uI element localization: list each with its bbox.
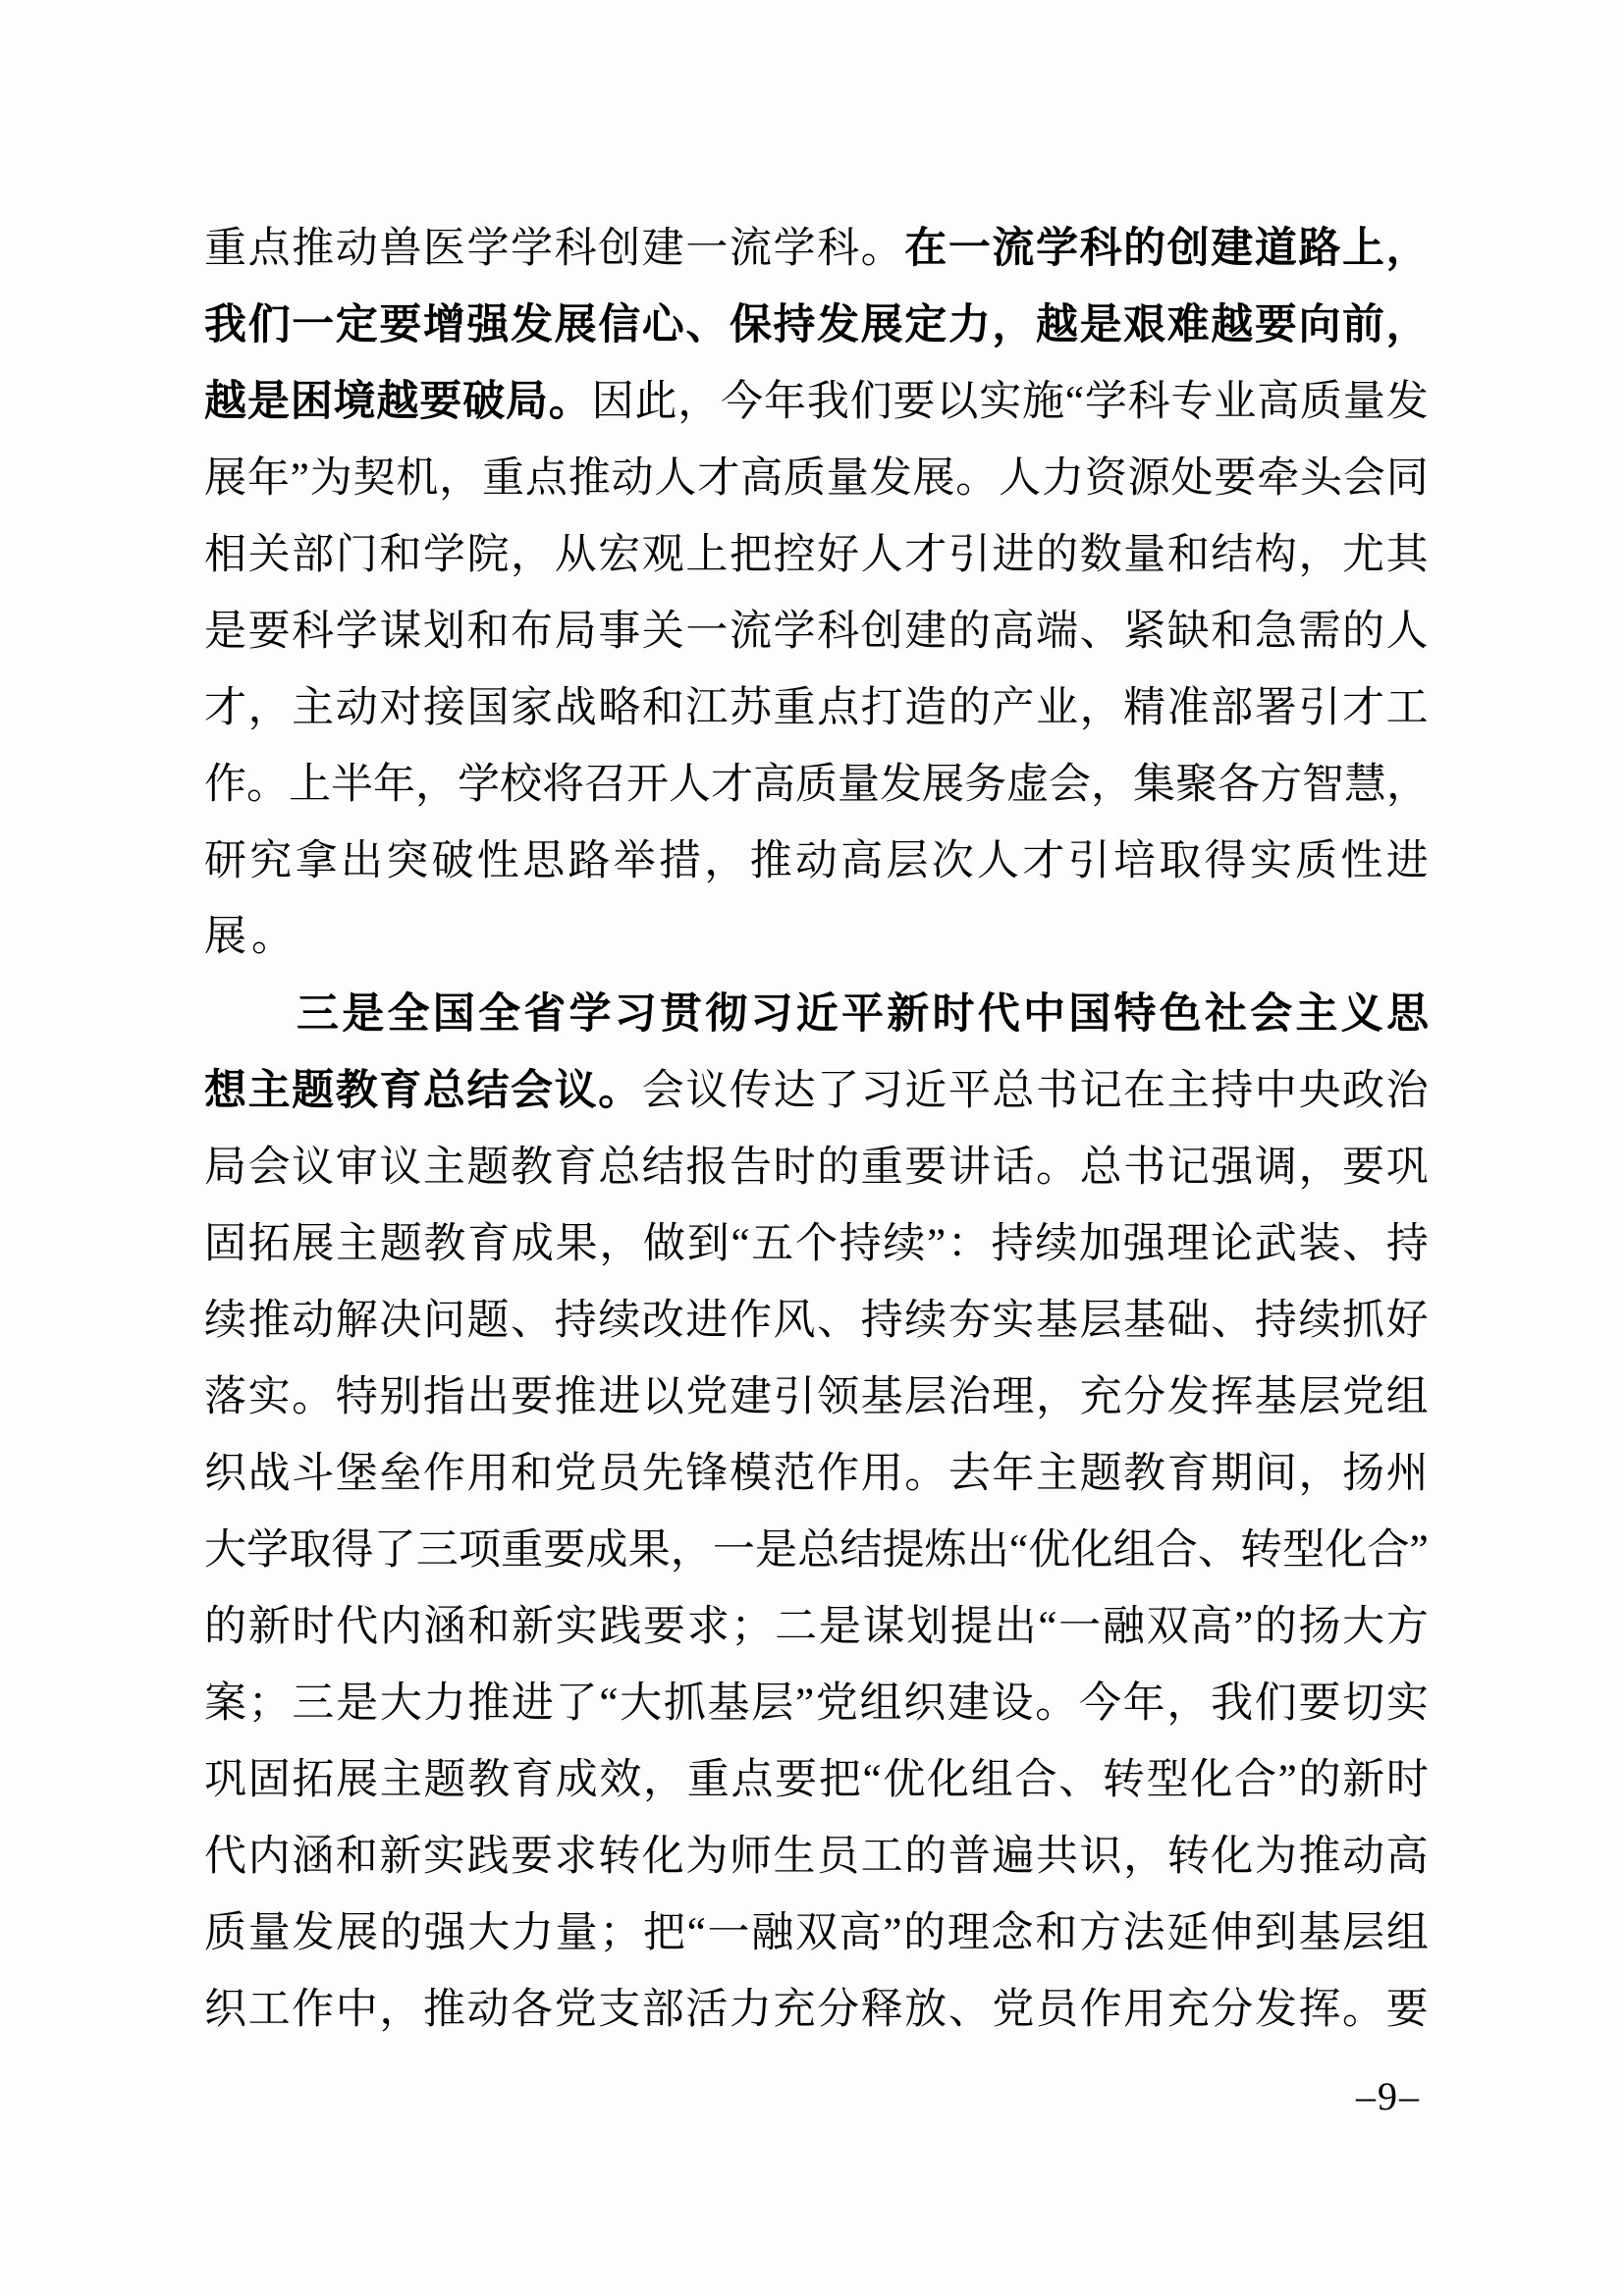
character: 组 <box>859 1682 901 1725</box>
character: 总 <box>598 1147 640 1189</box>
character: 。 <box>251 899 298 976</box>
character: 主 <box>380 1759 422 1801</box>
character: 上 <box>289 764 331 806</box>
bold-character: 强 <box>466 304 509 347</box>
character: 以 <box>642 1376 684 1418</box>
character: 转 <box>598 1836 640 1878</box>
character: 、 <box>1058 1759 1101 1801</box>
character: 领 <box>817 1376 859 1418</box>
bold-character: 教 <box>336 1070 378 1112</box>
text-line: 织战斗堡垒作用和党员先锋模范作用。去年主题教育期间，扬州 <box>204 1435 1429 1512</box>
character: 提 <box>883 1529 925 1572</box>
bold-character: 社 <box>1205 993 1247 1036</box>
character: 部 <box>1211 687 1253 729</box>
character: 延 <box>1166 1912 1209 1954</box>
character: 年 <box>373 764 415 806</box>
text-line: 固拓展主题教育成果，做到“五个持续”：持续加强理论武装、持 <box>204 1205 1429 1282</box>
character: 动 <box>795 840 838 882</box>
character: 发 <box>1167 1376 1210 1418</box>
character: 半 <box>331 764 373 806</box>
character: 总 <box>992 1070 1034 1112</box>
character: 固 <box>248 1759 291 1801</box>
character: 育 <box>1167 1453 1210 1495</box>
character: 局 <box>204 1147 246 1189</box>
character: 一 <box>1058 1606 1101 1648</box>
character: 机 <box>396 457 438 500</box>
character: 讲 <box>948 1147 991 1189</box>
character: 学 <box>423 534 465 576</box>
character: 党 <box>1342 1376 1384 1418</box>
character: 实 <box>1386 1682 1429 1725</box>
character: 垒 <box>379 1453 421 1495</box>
character: 科 <box>1128 381 1170 423</box>
character: 结 <box>839 1529 882 1572</box>
character: 量 <box>556 1912 598 1954</box>
character: ， <box>704 840 746 882</box>
bold-character: 要 <box>419 381 461 423</box>
character: 挥 <box>1211 1376 1253 1418</box>
character: 要 <box>248 611 291 653</box>
character: 推 <box>292 228 334 270</box>
character: 点 <box>525 457 568 500</box>
character: 化 <box>1070 1529 1112 1572</box>
bold-character: 近 <box>796 993 839 1036</box>
character: 切 <box>1342 1682 1384 1725</box>
character: 范 <box>774 1453 816 1495</box>
character: 育 <box>467 1223 510 1265</box>
character: 。 <box>904 1453 947 1495</box>
character: 源 <box>1128 457 1170 500</box>
character: 大 <box>1342 1606 1384 1648</box>
character: 基 <box>861 1376 903 1418</box>
character: 锋 <box>685 1453 728 1495</box>
character: 路 <box>568 840 610 882</box>
character: 重 <box>204 228 246 270</box>
character: ， <box>1036 1376 1078 1418</box>
character: 组 <box>1386 1376 1429 1418</box>
character: 创 <box>861 611 903 653</box>
bold-character: 展 <box>861 304 903 347</box>
character: 分 <box>1123 1376 1165 1418</box>
character: 践 <box>466 1836 509 1878</box>
character: 五 <box>751 1223 793 1265</box>
character: 作 <box>1080 1989 1122 2031</box>
character: 总 <box>797 1529 839 1572</box>
character: 遍 <box>992 1836 1034 1878</box>
character: 的 <box>948 611 991 653</box>
character: 员 <box>598 1453 640 1495</box>
character: 和 <box>466 611 509 653</box>
character: ； <box>248 1682 291 1725</box>
page-number: –9– <box>1356 2073 1421 2120</box>
character: 告 <box>730 1147 772 1189</box>
character: 先 <box>642 1453 684 1495</box>
bold-character: 育 <box>379 1070 421 1112</box>
character: 组 <box>1386 1912 1429 1954</box>
character: 党 <box>555 1453 597 1495</box>
character: 续 <box>204 1300 246 1342</box>
bold-character: 破 <box>462 381 505 423</box>
character: 学 <box>466 228 509 270</box>
character: 强 <box>424 1912 466 1954</box>
character: 扬 <box>1342 1453 1384 1495</box>
character: 理 <box>947 1912 990 1954</box>
text-line: 落实。特别指出要推进以党建引领基层治理，充分发挥基层党组 <box>204 1359 1429 1435</box>
character: ， <box>379 1989 421 2031</box>
text-line: 巩固拓展主题教育成效，重点要把“优化组合、转型化合”的新时 <box>204 1741 1429 1818</box>
character: 生 <box>774 1836 816 1878</box>
character: 端 <box>1036 611 1078 653</box>
character: 、 <box>948 1989 991 2031</box>
bold-character: 定 <box>336 304 378 347</box>
character: 对 <box>379 687 421 729</box>
character: 力 <box>424 1682 466 1725</box>
character: 牵 <box>1257 457 1299 500</box>
character: 持 <box>1255 1300 1297 1342</box>
character: 出 <box>995 1606 1037 1648</box>
character: 融 <box>1103 1606 1145 1648</box>
character: 此 <box>634 381 677 423</box>
character: 新 <box>512 1606 554 1648</box>
character: 果 <box>628 1529 671 1572</box>
character: 大 <box>204 1529 246 1572</box>
character: 合 <box>1367 1529 1409 1572</box>
character: 好 <box>1386 1300 1429 1342</box>
character: ： <box>947 1223 990 1265</box>
bold-character: 平 <box>841 993 884 1036</box>
character: 化 <box>1211 1836 1253 1878</box>
character: 推 <box>555 1376 597 1418</box>
bold-character: 困 <box>291 381 333 423</box>
character: 会 <box>642 1070 684 1112</box>
character: 堡 <box>336 1453 378 1495</box>
bold-character: 要 <box>1255 304 1297 347</box>
character: 强 <box>1211 1147 1253 1189</box>
character: 务 <box>964 764 1006 806</box>
document-page: 重点推动兽医学学科创建一流学科。在一流学科的创建道路上，我们一定要增强发展信心、… <box>0 0 1624 2296</box>
bold-character: 上 <box>1342 228 1384 270</box>
character: 要 <box>543 1529 585 1572</box>
character: 门 <box>336 534 378 576</box>
character: 施 <box>1022 381 1064 423</box>
character: 进 <box>685 1300 728 1342</box>
character: 改 <box>642 1300 684 1342</box>
character: 记 <box>1080 1070 1122 1112</box>
character: 质 <box>795 764 838 806</box>
character: 量 <box>838 764 880 806</box>
character: 要 <box>1342 1147 1384 1189</box>
character: 要 <box>643 1606 685 1648</box>
character: 思 <box>522 840 565 882</box>
character: 高 <box>840 840 883 882</box>
character: 层 <box>886 840 928 882</box>
character: 力 <box>512 1912 554 1954</box>
character: 兽 <box>379 228 421 270</box>
character: 作 <box>817 1453 859 1495</box>
bold-character: 会 <box>511 1070 553 1112</box>
text-line: 展。 <box>204 899 1429 976</box>
character: 持 <box>992 1223 1034 1265</box>
character: 充 <box>774 1989 816 2031</box>
bold-character: 持 <box>774 304 816 347</box>
character: 进 <box>512 1682 554 1725</box>
character: 作 <box>204 764 246 806</box>
character: 续 <box>1035 1223 1077 1265</box>
character: 一 <box>713 1529 755 1572</box>
character: 层 <box>1342 1912 1384 1954</box>
text-line: 三是全国全省学习贯彻习近平新时代中国特色社会主义思 <box>204 976 1429 1052</box>
character: 问 <box>423 1300 465 1342</box>
bold-character: 越 <box>376 381 418 423</box>
character: 家 <box>511 687 553 729</box>
bold-character: 主 <box>1296 993 1338 1036</box>
text-line: 大学取得了三项重要成果，一是总结提炼出“优化组合、转型化合” <box>204 1512 1429 1588</box>
character: 员 <box>817 1836 859 1878</box>
character: 为 <box>685 1836 728 1878</box>
bold-character: 难 <box>1167 304 1210 347</box>
character: 方 <box>1386 1606 1429 1648</box>
character: 宏 <box>598 534 640 576</box>
character: 动 <box>336 687 378 729</box>
character: 造 <box>904 687 947 729</box>
character: 政 <box>1342 1070 1384 1112</box>
character: 处 <box>1171 457 1214 500</box>
character: 的 <box>380 1912 422 1954</box>
character: 织 <box>204 1989 246 2031</box>
character: 、 <box>511 1300 553 1342</box>
character: 缺 <box>1167 611 1210 653</box>
bold-character: 是 <box>247 381 290 423</box>
character: ； <box>599 1912 641 1954</box>
character: 学 <box>774 228 816 270</box>
character: “ <box>599 1682 618 1725</box>
character: 的 <box>1298 1759 1340 1801</box>
bold-character: 的 <box>1123 228 1165 270</box>
character: 会 <box>1049 764 1091 806</box>
character: 人 <box>654 457 696 500</box>
character: 和 <box>379 534 421 576</box>
character: 党 <box>555 1989 597 2031</box>
character: 主 <box>1036 1453 1078 1495</box>
character: 部 <box>642 1989 684 2031</box>
character: 紧 <box>1123 611 1165 653</box>
character: 融 <box>751 1912 793 1954</box>
character: 会 <box>248 1147 291 1189</box>
character: 重 <box>501 1529 543 1572</box>
character: 量 <box>248 1912 291 1954</box>
character: 是 <box>755 1529 797 1572</box>
character: 作 <box>423 1453 465 1495</box>
character: 题 <box>424 1759 466 1801</box>
bold-character: 境 <box>334 381 376 423</box>
text-line: 代内涵和新实践要求转化为师生员工的普遍共识，转化为推动高 <box>204 1818 1429 1895</box>
character: 把 <box>643 1912 685 1954</box>
text-line: 是要科学谋划和布局事关一流学科创建的高端、紧缺和急需的人 <box>204 593 1429 669</box>
character: 各 <box>1218 764 1260 806</box>
text-line: 质量发展的强大力量；把“一融双高”的理念和方法延伸到基层组 <box>204 1895 1429 1971</box>
character: 持 <box>555 1300 597 1342</box>
character: 近 <box>904 1070 947 1112</box>
bold-character: 我 <box>204 304 246 347</box>
character: 、 <box>1198 1529 1240 1572</box>
character: 量 <box>827 457 869 500</box>
character: “ <box>1065 381 1084 423</box>
character: 聚 <box>1175 764 1218 806</box>
character: 建 <box>730 1376 772 1418</box>
bold-character: 创 <box>1167 228 1210 270</box>
character: 实 <box>1250 840 1292 882</box>
bold-character: 是 <box>342 993 384 1036</box>
character: 精 <box>1123 687 1165 729</box>
character: 取 <box>1159 840 1201 882</box>
character: 们 <box>850 381 893 423</box>
character: 业 <box>1036 687 1078 729</box>
character: 产 <box>992 687 1034 729</box>
bold-character: 流 <box>992 228 1034 270</box>
character: 代 <box>204 1836 246 1878</box>
character: 新 <box>248 1606 291 1648</box>
character: 、 <box>1080 611 1122 653</box>
character: 接 <box>423 687 465 729</box>
character: 署 <box>1255 687 1297 729</box>
character: 推 <box>423 1989 465 2031</box>
character: 主 <box>336 1223 378 1265</box>
character: ， <box>671 1529 713 1572</box>
bold-character: 彻 <box>705 993 747 1036</box>
character: 党 <box>816 1682 858 1725</box>
bold-character: 贯 <box>660 993 702 1036</box>
bold-character: 艰 <box>1123 304 1165 347</box>
character: ” <box>291 457 309 500</box>
character: 要 <box>893 381 936 423</box>
text-line: 展年”为契机，重点推动人才高质量发展。人力资源处要牵头会同 <box>204 440 1429 516</box>
character: 建 <box>947 1682 990 1725</box>
character: 。 <box>292 1376 334 1418</box>
character: 校 <box>500 764 542 806</box>
bold-character: 道 <box>1255 228 1297 270</box>
character: 学 <box>774 611 816 653</box>
character: 划 <box>423 611 465 653</box>
character: 展 <box>922 764 964 806</box>
character: 题 <box>466 1300 509 1342</box>
character: 动 <box>612 457 654 500</box>
character: 高 <box>753 764 795 806</box>
character: 续 <box>598 1300 640 1342</box>
character: 展 <box>336 1912 378 1954</box>
character: 出 <box>466 1376 509 1418</box>
character: 院 <box>466 534 509 576</box>
character: 要 <box>1214 457 1256 500</box>
character: 果 <box>556 1223 598 1265</box>
character: 推 <box>1298 1836 1340 1878</box>
character: 人 <box>977 840 1019 882</box>
bold-character: 增 <box>423 304 465 347</box>
bold-character: ， <box>1386 228 1429 270</box>
bold-character: 在 <box>904 228 947 270</box>
character: 科 <box>555 228 597 270</box>
character: 了 <box>374 1529 416 1572</box>
character: 实 <box>248 1376 291 1418</box>
character: 智 <box>1302 764 1344 806</box>
character: 发 <box>292 1912 334 1954</box>
character: 调 <box>1255 1147 1297 1189</box>
character: 化 <box>1190 1759 1232 1801</box>
character: 理 <box>992 1376 1034 1418</box>
character: 布 <box>511 611 553 653</box>
character: 点 <box>731 1759 773 1801</box>
character: 续 <box>883 1223 925 1265</box>
character: 年 <box>1123 1682 1165 1725</box>
character: “ <box>863 1759 882 1801</box>
text-line: 的新时代内涵和新实践要求；二是谋划提出“一融双高”的扬大方 <box>204 1588 1429 1665</box>
character: 去 <box>948 1453 991 1495</box>
character: 取 <box>289 1529 331 1572</box>
character: 进 <box>1386 840 1429 882</box>
character: 。 <box>861 228 903 270</box>
text-line: 相关部门和学院，从宏观上把控好人才引进的数量和结构，尤其 <box>204 516 1429 593</box>
character: 到 <box>1255 1912 1297 1954</box>
character: 年 <box>247 457 290 500</box>
character: 案 <box>204 1682 246 1725</box>
character: 主 <box>292 687 334 729</box>
character: ， <box>439 457 481 500</box>
character: 是 <box>204 611 246 653</box>
character: 中 <box>336 1989 378 2031</box>
character: 以 <box>936 381 978 423</box>
character: ， <box>1080 687 1122 729</box>
character: 记 <box>1167 1147 1210 1189</box>
bold-character: 主 <box>248 1070 291 1112</box>
character: 引 <box>1068 840 1110 882</box>
character: 质 <box>1300 381 1342 423</box>
character: 持 <box>1211 1070 1253 1112</box>
character: 的 <box>1036 534 1078 576</box>
character: 好 <box>817 534 859 576</box>
character: 三 <box>292 1682 334 1725</box>
text-line: 局会议审议主题教育总结报告时的重要讲话。总书记强调，要巩 <box>204 1129 1429 1205</box>
character: 动 <box>336 228 378 270</box>
character: 性 <box>477 840 519 882</box>
character: ， <box>677 381 720 423</box>
bold-character: 代 <box>978 993 1020 1036</box>
character: 展 <box>912 457 954 500</box>
character: 持 <box>861 1300 903 1342</box>
character: 次 <box>932 840 974 882</box>
character: 内 <box>380 1606 422 1648</box>
character: 进 <box>598 1376 640 1418</box>
character: 提 <box>950 1606 993 1648</box>
character: 虚 <box>1006 764 1049 806</box>
character: 。 <box>246 764 289 806</box>
text-line: 织工作中，推动各党支部活力充分释放、党员作用充分发挥。要 <box>204 1971 1429 2048</box>
character: 苏 <box>730 687 772 729</box>
character: 、 <box>1211 1300 1253 1342</box>
character: 化 <box>1325 1529 1367 1572</box>
character: 的 <box>1342 611 1384 653</box>
character: 放 <box>904 1989 947 2031</box>
bold-character: 要 <box>379 304 421 347</box>
bold-character: 定 <box>904 304 947 347</box>
character: 高 <box>1190 1606 1232 1648</box>
character: 报 <box>685 1147 728 1189</box>
character: 高 <box>839 1912 882 1954</box>
character: 一 <box>685 228 728 270</box>
text-line: 才，主动对接国家战略和江苏重点打造的产业，精准部署引才工 <box>204 669 1429 746</box>
bold-character: 心 <box>642 304 684 347</box>
character: ， <box>1298 534 1340 576</box>
character: 基 <box>1036 1300 1078 1342</box>
character: 用 <box>1123 1989 1165 2031</box>
